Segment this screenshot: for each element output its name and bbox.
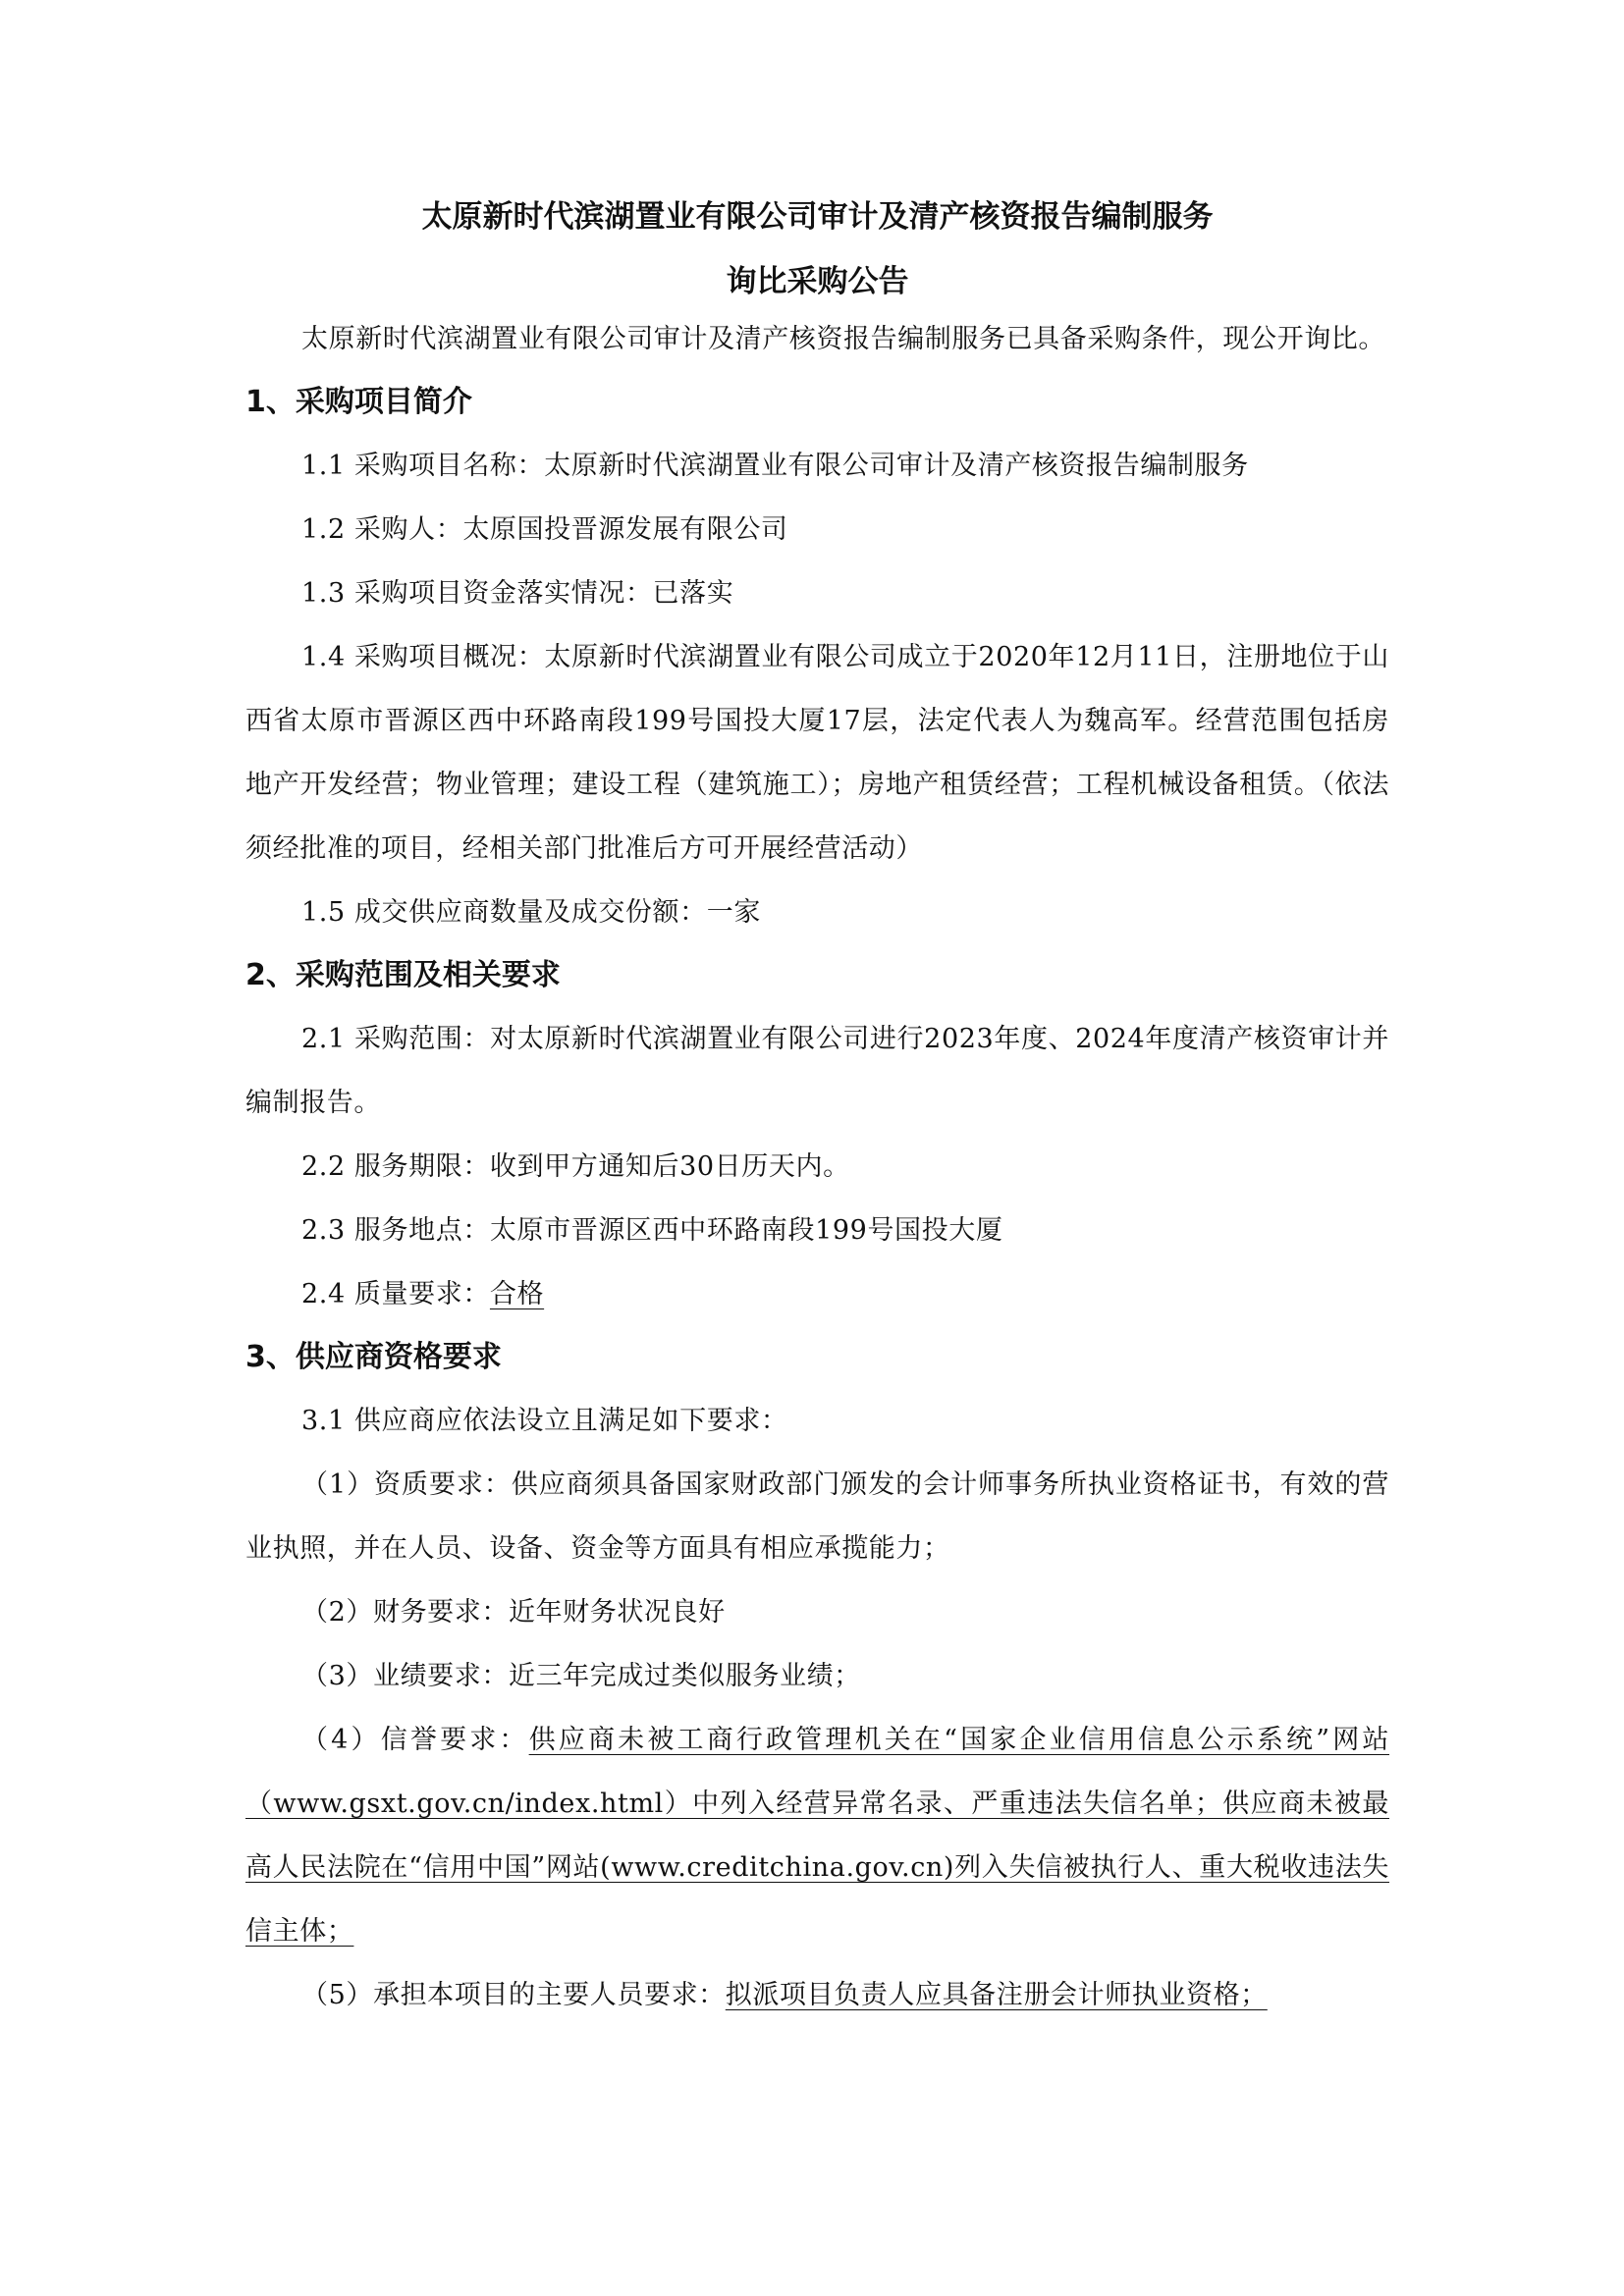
- requirement-4: （4）信誉要求：供应商未被工商行政管理机关在“国家企业信用信息公示系统”网站（w…: [245, 1708, 1389, 1963]
- item-3-1: 3.1 供应商应依法设立且满足如下要求：: [245, 1389, 1389, 1453]
- item-2-4: 2.4 质量要求：合格: [245, 1262, 1389, 1326]
- item-1-1: 1.1 采购项目名称：太原新时代滨湖置业有限公司审计及清产核资报告编制服务: [245, 434, 1389, 498]
- item-1-5: 1.5 成交供应商数量及成交份额：一家: [245, 881, 1389, 944]
- item-1-3: 1.3 采购项目资金落实情况：已落实: [245, 561, 1389, 625]
- item-2-3: 2.3 服务地点：太原市晋源区西中环路南段199号国投大厦: [245, 1199, 1389, 1262]
- item-2-1: 2.1 采购范围：对太原新时代滨湖置业有限公司进行2023年度、2024年度清产…: [245, 1007, 1389, 1135]
- document-title-line2: 询比采购公告: [245, 264, 1389, 299]
- section-heading-1: 1、采购项目简介: [245, 371, 1389, 434]
- requirement-3: （3）业绩要求：近三年完成过类似服务业绩；: [245, 1644, 1389, 1708]
- document-page: 太原新时代滨湖置业有限公司审计及清产核资报告编制服务 询比采购公告 太原新时代滨…: [245, 191, 1389, 2027]
- intro-paragraph: 太原新时代滨湖置业有限公司审计及清产核资报告编制服务已具备采购条件，现公开询比。: [245, 307, 1389, 371]
- requirement-4-label: （4）信誉要求：: [301, 1725, 529, 1755]
- item-2-4-label: 2.4 质量要求：: [301, 1279, 490, 1309]
- requirement-4-text: 供应商未被工商行政管理机关在“国家企业信用信息公示系统”网站（www.gsxt.…: [245, 1725, 1389, 1947]
- section-heading-2: 2、采购范围及相关要求: [245, 944, 1389, 1007]
- item-2-2: 2.2 服务期限：收到甲方通知后30日历天内。: [245, 1135, 1389, 1199]
- item-1-2: 1.2 采购人：太原国投晋源发展有限公司: [245, 498, 1389, 561]
- requirement-2: （2）财务要求：近年财务状况良好: [245, 1580, 1389, 1644]
- requirement-5-label: （5）承担本项目的主要人员要求：: [301, 1980, 726, 2010]
- document-title-line1: 太原新时代滨湖置业有限公司审计及清产核资报告编制服务: [245, 199, 1389, 235]
- item-2-4-value: 合格: [490, 1279, 544, 1309]
- requirement-5: （5）承担本项目的主要人员要求：拟派项目负责人应具备注册会计师执业资格；: [245, 1963, 1389, 2027]
- requirement-5-text: 拟派项目负责人应具备注册会计师执业资格；: [726, 1980, 1268, 2010]
- section-heading-3: 3、供应商资格要求: [245, 1326, 1389, 1389]
- item-1-4: 1.4 采购项目概况：太原新时代滨湖置业有限公司成立于2020年12月11日，注…: [245, 625, 1389, 881]
- requirement-1: （1）资质要求：供应商须具备国家财政部门颁发的会计师事务所执业资格证书，有效的营…: [245, 1453, 1389, 1580]
